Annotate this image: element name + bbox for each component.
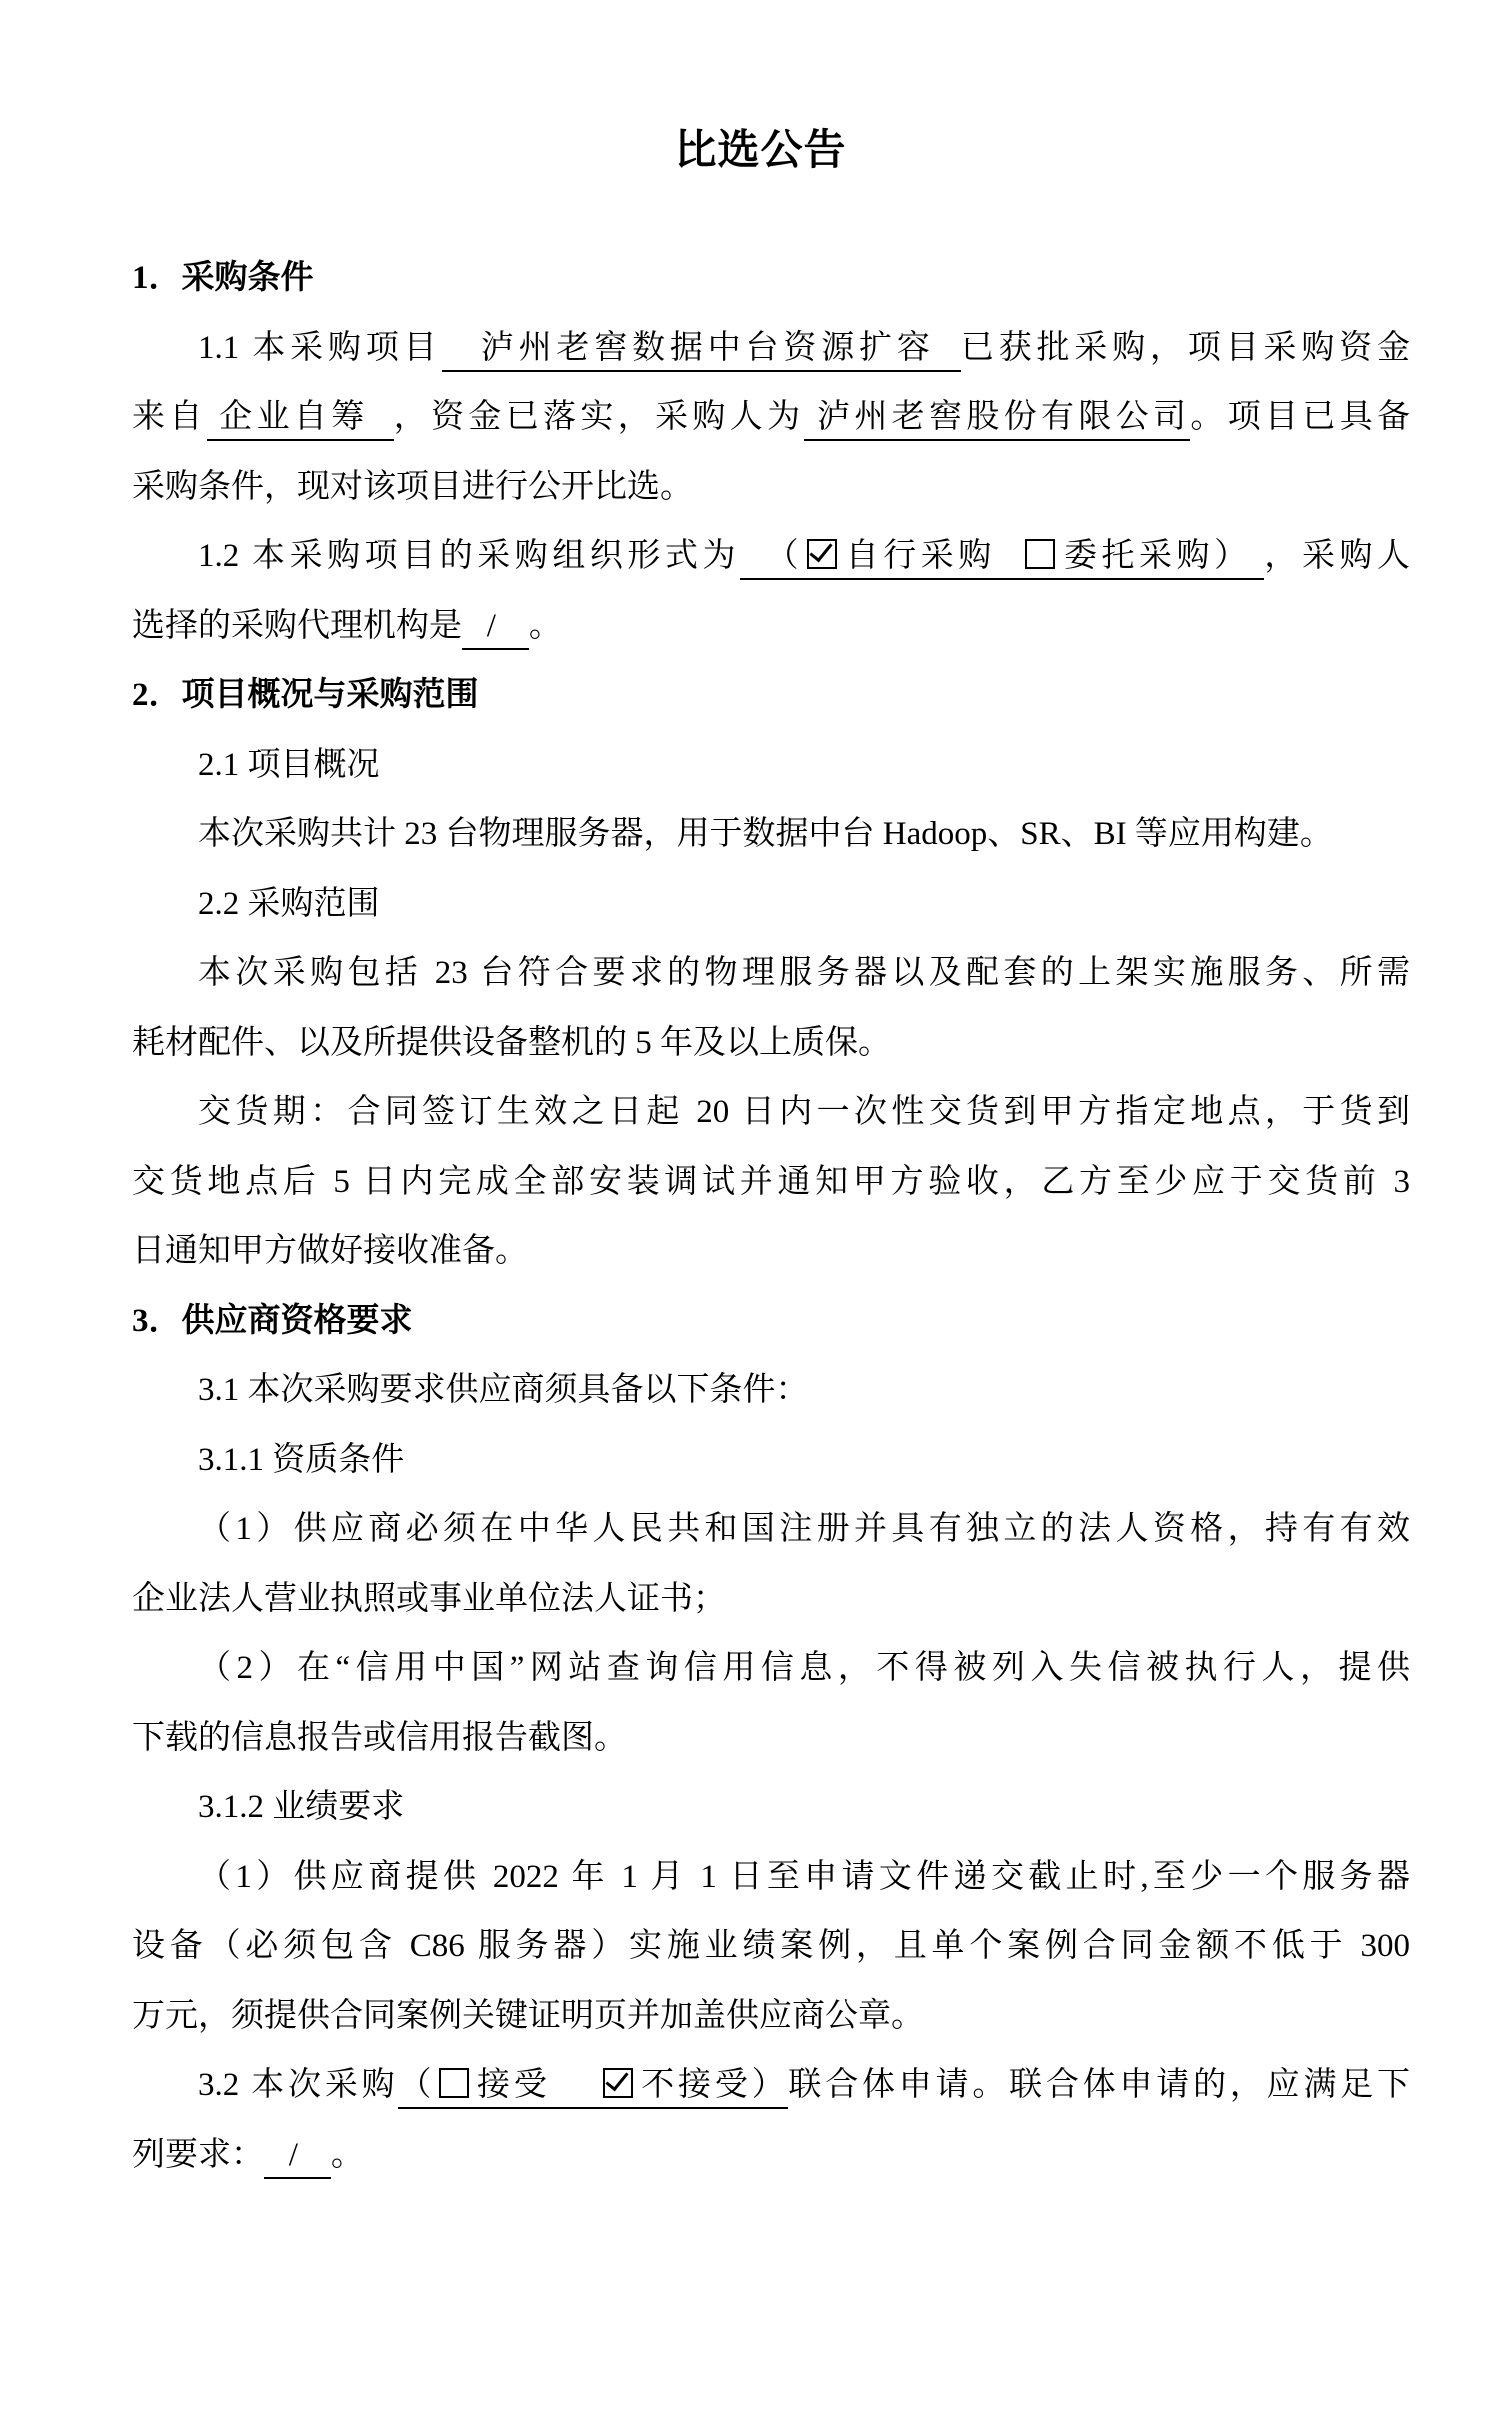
- fill-in-blank: 泸州老窖数据中台资源扩容: [442, 330, 961, 372]
- text-run: 本次采购包括 23 台符合要求的物理服务器以及配套的上架实施服务、所需: [198, 955, 1410, 991]
- text-line: 来自 企业自筹 ，资金已落实，采购人为 泸州老窖股份有限公司。项目已具备: [132, 383, 1410, 453]
- section-heading: 1．采购条件: [132, 244, 1410, 314]
- subsection-heading: 2.2 采购范围: [132, 870, 1410, 940]
- paragraph: （1）供应商必须在中华人民共和国注册并具有独立的法人资格，持有有效企业法人营业执…: [132, 1495, 1410, 1634]
- subsection-heading: 2.1 项目概况: [132, 731, 1410, 801]
- text-run: 企业自筹: [207, 399, 394, 435]
- text-run: 来自: [132, 399, 207, 435]
- fill-in-blank: /: [462, 608, 529, 650]
- text-line: 采购条件，现对该项目进行公开比选。: [132, 453, 1410, 523]
- text-run: 泸州老窖股份有限公司: [804, 399, 1190, 435]
- text-line: 2．项目概况与采购范围: [132, 661, 1410, 731]
- text-run: /: [264, 2137, 331, 2173]
- text-line: 企业法人营业执照或事业单位法人证书；: [132, 1565, 1410, 1635]
- text-run: 接受: [473, 2067, 599, 2103]
- fill-in-blank: （接受 不接受）: [398, 2067, 788, 2109]
- text-run: 3.1 本次采购要求供应商须具备以下条件：: [198, 1372, 809, 1408]
- text-run: 2.2 采购范围: [198, 886, 380, 922]
- text-line: 1.2 本采购项目的采购组织形式为 （自行采购 委托采购） ，采购人: [132, 522, 1410, 592]
- text-run: 列要求：: [132, 2137, 264, 2173]
- text-line: 本次采购共计 23 台物理服务器，用于数据中台 Hadoop、SR、BI 等应用…: [132, 800, 1410, 870]
- text-run: 不接受）: [637, 2067, 788, 2103]
- text-run: 。: [529, 608, 562, 644]
- text-line: 日通知甲方做好接收准备。: [132, 1217, 1410, 1287]
- text-run: （2）在“信用中国”网站查询信用信息，不得被列入失信被执行人，提供: [198, 1650, 1410, 1686]
- document-title: 比选公告: [111, 120, 1410, 182]
- text-run: 采购条件，现对该项目进行公开比选。: [132, 469, 693, 505]
- fill-in-blank: （自行采购 委托采购）: [740, 538, 1264, 580]
- paragraph: 本次采购包括 23 台符合要求的物理服务器以及配套的上架实施服务、所需耗材配件、…: [132, 939, 1410, 1078]
- text-line: 设备（必须包含 C86 服务器）实施业绩案例，且单个案例合同金额不低于 300: [132, 1912, 1410, 1982]
- text-line: 3.1 本次采购要求供应商须具备以下条件：: [132, 1356, 1410, 1426]
- text-line: 3.2 本次采购（接受 不接受）联合体申请。联合体申请的，应满足下: [132, 2051, 1410, 2121]
- text-line: 2.1 项目概况: [132, 731, 1410, 801]
- checkbox-empty-icon: [1025, 539, 1055, 569]
- text-run: 1.2 本采购项目的采购组织形式为: [198, 538, 740, 574]
- text-run: 设备（必须包含 C86 服务器）实施业绩案例，且单个案例合同金额不低于 300: [132, 1928, 1410, 1964]
- text-line: （1）供应商必须在中华人民共和国注册并具有独立的法人资格，持有有效: [132, 1495, 1410, 1565]
- text-line: 万元，须提供合同案例关键证明页并加盖供应商公章。: [132, 1982, 1410, 2052]
- text-line: 2.2 采购范围: [132, 870, 1410, 940]
- text-run: 泸州老窖数据中台资源扩容: [442, 330, 961, 366]
- text-run: 3.2 本次采购: [198, 2067, 398, 2103]
- text-run: 委托采购）: [1059, 538, 1264, 574]
- text-run: 3．供应商资格要求: [132, 1303, 413, 1339]
- text-run: 3.1.1 资质条件: [198, 1442, 404, 1478]
- text-line: 1.1 本采购项目 泸州老窖数据中台资源扩容 已获批采购，项目采购资金: [132, 314, 1410, 384]
- text-run: 万元，须提供合同案例关键证明页并加盖供应商公章。: [132, 1998, 924, 2034]
- text-run: 交货期：合同签订生效之日起 20 日内一次性交货到甲方指定地点，于货到: [198, 1094, 1410, 1130]
- text-run: （: [740, 538, 803, 574]
- document-page: 比选公告 1．采购条件1.1 本采购项目 泸州老窖数据中台资源扩容 已获批采购，…: [0, 0, 1500, 2429]
- checkbox-checked-icon: [603, 2068, 633, 2098]
- text-line: 交货地点后 5 日内完成全部安装调试并通知甲方验收，乙方至少应于交货前 3: [132, 1148, 1410, 1218]
- text-line: 3.1.1 资质条件: [132, 1426, 1410, 1496]
- text-run: 联合体申请。联合体申请的，应满足下: [788, 2067, 1410, 2103]
- text-run: 本次采购共计 23 台物理服务器，用于数据中台 Hadoop、SR、BI 等应用…: [198, 816, 1333, 852]
- paragraph: 本次采购共计 23 台物理服务器，用于数据中台 Hadoop、SR、BI 等应用…: [132, 800, 1410, 870]
- text-line: （1）供应商提供 2022 年 1 月 1 日至申请文件递交截止时,至少一个服务…: [132, 1843, 1410, 1913]
- text-run: 2．项目概况与采购范围: [132, 677, 479, 713]
- text-line: 耗材配件、以及所提供设备整机的 5 年及以上质保。: [132, 1009, 1410, 1079]
- text-run: （: [398, 2067, 435, 2103]
- subsection-heading: 3.1.2 业绩要求: [132, 1773, 1410, 1843]
- paragraph: （1）供应商提供 2022 年 1 月 1 日至申请文件递交截止时,至少一个服务…: [132, 1843, 1410, 2052]
- paragraph: 1.1 本采购项目 泸州老窖数据中台资源扩容 已获批采购，项目采购资金来自 企业…: [132, 314, 1410, 523]
- text-line: 交货期：合同签订生效之日起 20 日内一次性交货到甲方指定地点，于货到: [132, 1078, 1410, 1148]
- text-run: 1．采购条件: [132, 260, 314, 296]
- text-run: 自行采购: [841, 538, 1021, 574]
- text-run: 耗材配件、以及所提供设备整机的 5 年及以上质保。: [132, 1025, 891, 1061]
- text-run: 3.1.2 业绩要求: [198, 1789, 404, 1825]
- text-line: 3．供应商资格要求: [132, 1287, 1410, 1357]
- text-line: 3.1.2 业绩要求: [132, 1773, 1410, 1843]
- section-heading: 2．项目概况与采购范围: [132, 661, 1410, 731]
- section-heading: 3．供应商资格要求: [132, 1287, 1410, 1357]
- text-line: 选择的采购代理机构是 / 。: [132, 592, 1410, 662]
- text-run: 日通知甲方做好接收准备。: [132, 1233, 528, 1269]
- paragraph: 1.2 本采购项目的采购组织形式为 （自行采购 委托采购） ，采购人选择的采购代…: [132, 522, 1410, 661]
- fill-in-blank: /: [264, 2137, 331, 2179]
- text-run: 。项目已具备: [1190, 399, 1410, 435]
- text-run: 下载的信息报告或信用报告截图。: [132, 1720, 627, 1756]
- text-line: 1．采购条件: [132, 244, 1410, 314]
- fill-in-blank: 泸州老窖股份有限公司: [804, 399, 1190, 441]
- text-run: ，采购人: [1264, 538, 1410, 574]
- text-run: 交货地点后 5 日内完成全部安装调试并通知甲方验收，乙方至少应于交货前 3: [132, 1164, 1410, 1200]
- paragraph: 交货期：合同签订生效之日起 20 日内一次性交货到甲方指定地点，于货到交货地点后…: [132, 1078, 1410, 1287]
- text-run: 1.1 本采购项目: [198, 330, 442, 366]
- paragraph: 3.2 本次采购（接受 不接受）联合体申请。联合体申请的，应满足下列要求： / …: [132, 2051, 1410, 2190]
- fill-in-blank: 企业自筹: [207, 399, 394, 441]
- text-line: 下载的信息报告或信用报告截图。: [132, 1704, 1410, 1774]
- text-line: 本次采购包括 23 台符合要求的物理服务器以及配套的上架实施服务、所需: [132, 939, 1410, 1009]
- text-run: ，资金已落实，采购人为: [394, 399, 805, 435]
- subsection-heading: 3.1.1 资质条件: [132, 1426, 1410, 1496]
- text-run: 。: [331, 2137, 364, 2173]
- checkbox-checked-icon: [807, 539, 837, 569]
- checkbox-empty-icon: [439, 2068, 469, 2098]
- text-run: 企业法人营业执照或事业单位法人证书；: [132, 1581, 726, 1617]
- document-body: 1．采购条件1.1 本采购项目 泸州老窖数据中台资源扩容 已获批采购，项目采购资…: [132, 244, 1410, 2190]
- text-line: 列要求： / 。: [132, 2121, 1410, 2191]
- subsection-heading: 3.1 本次采购要求供应商须具备以下条件：: [132, 1356, 1410, 1426]
- text-run: 已获批采购，项目采购资金: [961, 330, 1410, 366]
- text-run: （1）供应商必须在中华人民共和国注册并具有独立的法人资格，持有有效: [198, 1511, 1410, 1547]
- text-run: （1）供应商提供 2022 年 1 月 1 日至申请文件递交截止时,至少一个服务…: [198, 1859, 1410, 1895]
- text-run: 选择的采购代理机构是: [132, 608, 462, 644]
- text-line: （2）在“信用中国”网站查询信用信息，不得被列入失信被执行人，提供: [132, 1634, 1410, 1704]
- text-run: /: [462, 608, 529, 644]
- paragraph: （2）在“信用中国”网站查询信用信息，不得被列入失信被执行人，提供下载的信息报告…: [132, 1634, 1410, 1773]
- text-run: 2.1 项目概况: [198, 747, 380, 783]
